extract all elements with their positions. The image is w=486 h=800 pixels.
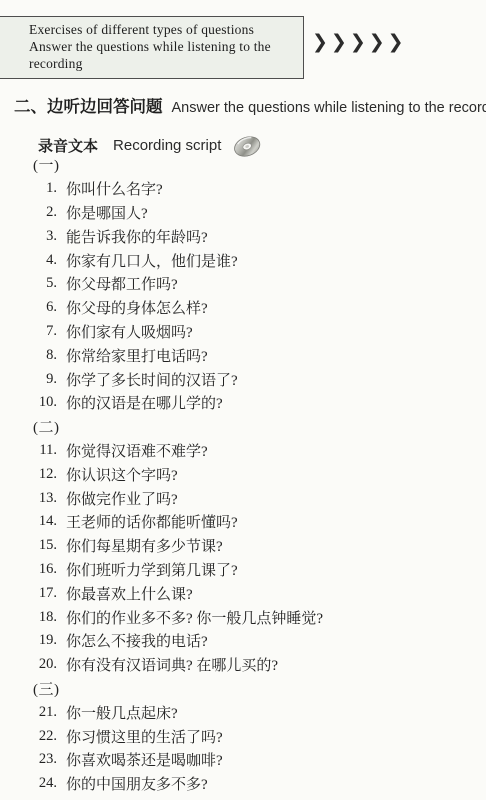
question-number: 11. <box>0 442 57 459</box>
chevron-arrows-icon: ❯❯❯❯❯ <box>312 31 407 53</box>
question-text: 你父母的身体怎么样? <box>57 297 208 318</box>
question-text: 你做完作业了吗? <box>57 488 178 509</box>
textbook-page: Exercises of different types of question… <box>0 0 486 800</box>
question-row: 8.你常给家里打电话吗? <box>0 343 486 367</box>
question-text: 你父母都工作吗? <box>57 273 178 294</box>
question-text: 你叫什么名字? <box>57 178 163 199</box>
question-text: 你学了多长时间的汉语了? <box>57 369 238 390</box>
question-number: 15. <box>0 537 57 554</box>
question-number: 22. <box>0 728 57 745</box>
question-number: 17. <box>0 585 57 602</box>
question-text: 你习惯这里的生活了吗? <box>57 726 223 747</box>
section-title: 二、边听边回答问题Answer the questions while list… <box>14 93 486 117</box>
question-row: 11.你觉得汉语难不难学? <box>0 439 486 463</box>
question-number: 4. <box>0 252 57 269</box>
question-text: 能告诉我你的年龄吗? <box>57 226 208 247</box>
question-row: 20.你有没有汉语词典? 在哪儿买的? <box>0 653 486 677</box>
question-row: 17.你最喜欢上什么课? <box>0 581 486 605</box>
question-text: 你认识这个字吗? <box>57 464 178 485</box>
question-text: 你觉得汉语难不难学? <box>57 440 208 461</box>
question-row: 5.你父母都工作吗? <box>0 272 486 296</box>
question-number: 7. <box>0 323 57 340</box>
question-number: 8. <box>0 347 57 364</box>
question-row: 10.你的汉语是在哪儿学的? <box>0 391 486 415</box>
question-number: 23. <box>0 751 57 768</box>
question-number: 24. <box>0 775 57 792</box>
question-text: 你的中国朋友多不多? <box>57 773 208 794</box>
question-row: 16.你们班听力学到第几课了? <box>0 558 486 582</box>
question-row: 6.你父母的身体怎么样? <box>0 296 486 320</box>
banner-box: Exercises of different types of question… <box>0 16 304 79</box>
question-text: 你家有几口人，他们是谁? <box>57 250 238 271</box>
question-row: 3.能告诉我你的年龄吗? <box>0 224 486 248</box>
question-number: 21. <box>0 704 57 721</box>
question-group-label: (三) <box>0 677 486 701</box>
banner-line-1: Exercises of different types of question… <box>29 21 303 38</box>
recording-script-label-english: Recording script <box>113 137 221 154</box>
question-number: 3. <box>0 228 57 245</box>
question-row: 13.你做完作业了吗? <box>0 486 486 510</box>
question-group-label: (二) <box>0 415 486 439</box>
question-number: 2. <box>0 204 57 221</box>
question-number: 14. <box>0 513 57 530</box>
question-number: 20. <box>0 656 57 673</box>
question-text: 你喜欢喝茶还是喝咖啡? <box>57 749 223 770</box>
question-text: 你有没有汉语词典? 在哪儿买的? <box>57 654 278 675</box>
question-text: 你怎么不接我的电话? <box>57 630 208 651</box>
question-row: 15.你们每星期有多少节课? <box>0 534 486 558</box>
question-number: 10. <box>0 394 57 411</box>
question-row: 9.你学了多长时间的汉语了? <box>0 367 486 391</box>
question-row: 12.你认识这个字吗? <box>0 462 486 486</box>
question-number: 18. <box>0 609 57 626</box>
question-number: 6. <box>0 299 57 316</box>
question-number: 13. <box>0 490 57 507</box>
question-text: 王老师的话你都能听懂吗? <box>57 511 238 532</box>
question-row: 7.你们家有人吸烟吗? <box>0 320 486 344</box>
question-text: 你的汉语是在哪儿学的? <box>57 392 223 413</box>
question-number: 19. <box>0 632 57 649</box>
section-title-chinese: 二、边听边回答问题 <box>14 98 163 116</box>
question-number: 5. <box>0 275 57 292</box>
question-number: 16. <box>0 561 57 578</box>
question-row: 23.你喜欢喝茶还是喝咖啡? <box>0 748 486 772</box>
question-group-label: (一) <box>0 153 486 177</box>
question-row: 22.你习惯这里的生活了吗? <box>0 724 486 748</box>
question-row: 2.你是哪国人? <box>0 201 486 225</box>
question-row: 4.你家有几口人，他们是谁? <box>0 248 486 272</box>
question-row: 1.你叫什么名字? <box>0 177 486 201</box>
question-text: 你们班听力学到第几课了? <box>57 559 238 580</box>
question-row: 21.你一般几点起床? <box>0 700 486 724</box>
question-number: 9. <box>0 371 57 388</box>
question-row: 24.你的中国朋友多不多? <box>0 772 486 796</box>
question-number: 1. <box>0 180 57 197</box>
question-text: 你一般几点起床? <box>57 702 178 723</box>
question-text: 你们家有人吸烟吗? <box>57 321 193 342</box>
question-number: 12. <box>0 466 57 483</box>
question-row: 14.王老师的话你都能听懂吗? <box>0 510 486 534</box>
section-title-english: Answer the questions while listening to … <box>172 100 486 116</box>
question-text: 你们每星期有多少节课? <box>57 535 223 556</box>
question-row: 18.你们的作业多不多? 你一般几点钟睡觉? <box>0 605 486 629</box>
banner-line-2: Answer the questions while listening to … <box>29 38 303 72</box>
question-text: 你常给家里打电话吗? <box>57 345 208 366</box>
question-text: 你是哪国人? <box>57 202 148 223</box>
question-text: 你最喜欢上什么课? <box>57 583 193 604</box>
questions-list: (一)1.你叫什么名字?2.你是哪国人?3.能告诉我你的年龄吗?4.你家有几口人… <box>0 153 486 796</box>
question-text: 你们的作业多不多? 你一般几点钟睡觉? <box>57 607 323 628</box>
question-row: 19.你怎么不接我的电话? <box>0 629 486 653</box>
